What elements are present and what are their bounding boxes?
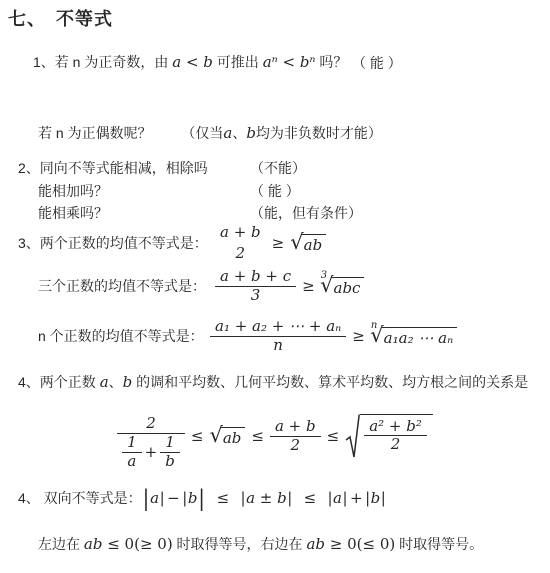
mean-inequality-n-row: n 个正数的均值不等式是： a₁ + a₂ + ⋯ + aₙ n ≥ n √ a… bbox=[38, 311, 457, 361]
fraction-1-over-a: 1 a bbox=[122, 434, 142, 470]
abs-bar: | bbox=[241, 489, 246, 507]
cube-root-abc: 3 √ abc bbox=[321, 275, 365, 297]
big-radical-sign-icon bbox=[345, 413, 360, 460]
mean-inequality-3-label: 三个正数的均值不等式是： bbox=[38, 276, 215, 296]
tall-abs-bar: | bbox=[199, 485, 204, 512]
radicand: ab bbox=[223, 429, 242, 447]
fraction-1-over-b: 1 b bbox=[160, 434, 180, 470]
item2-answer: （不能） bbox=[250, 158, 306, 178]
arithmetic-mean-fraction: a + b 2 bbox=[270, 418, 321, 454]
plus-sign: + bbox=[350, 489, 363, 507]
fraction-numerator: a + b bbox=[270, 418, 321, 436]
fraction-denominator: 1 a + 1 b bbox=[117, 433, 185, 470]
abs-bar: | bbox=[365, 489, 370, 507]
math-condition-left: ≤ 0(≥ 0) bbox=[102, 535, 172, 553]
abs-bar: | bbox=[327, 489, 332, 507]
item1-math-a-lt-b: a < b bbox=[172, 53, 213, 71]
math-ab: ab bbox=[306, 535, 325, 553]
fraction-a-plus-b-over-2: a + b 2 bbox=[215, 224, 266, 262]
item1b-answer-pre: （仅当 bbox=[181, 125, 223, 141]
item1b-answer-post: 均为非负数时才能） bbox=[256, 125, 382, 141]
dunhao: 、 bbox=[109, 374, 123, 390]
fraction-numerator: 1 bbox=[160, 434, 180, 452]
abs-bar: | bbox=[160, 489, 165, 507]
fraction-denominator: 2 bbox=[270, 436, 321, 455]
math-a-pm-b: a ± b bbox=[246, 489, 287, 507]
mean-inequality-n-label: n 个正数的均值不等式是： bbox=[38, 326, 210, 346]
abs-bar: | bbox=[287, 489, 292, 507]
item2-question: 能相加吗？ bbox=[38, 181, 108, 201]
leq-sign: ≤ bbox=[191, 427, 204, 445]
item1b-question: 若 n 为正偶数呢？ bbox=[38, 125, 152, 141]
item1b-math-a: a bbox=[223, 124, 232, 142]
fraction-abc-over-3: a + b + c 3 bbox=[215, 268, 296, 304]
root-mean-square-radical: a² + b² 2 bbox=[345, 413, 433, 460]
document-page: 七、 不等式 1、若 n 为正奇数，由 a < b 可推出 aⁿ < bⁿ 吗？… bbox=[0, 0, 550, 573]
means-relation-sentence: 4、两个正数 a、b 的调和平均数、几何平均数、算术平均数、均方根之间的关系是 bbox=[18, 372, 548, 392]
two-sided-inequality-row: 4、 双向不等式是： |a|−|b| ≤ |a ± b| ≤ |a|+|b| bbox=[18, 488, 386, 508]
math-condition-right: ≥ 0(≤ 0) bbox=[325, 535, 395, 553]
math-a: a bbox=[100, 373, 109, 391]
minus-sign: − bbox=[167, 489, 180, 507]
math-ab: ab bbox=[84, 535, 103, 553]
fraction-a2b2-over-2: a² + b² 2 bbox=[364, 418, 427, 454]
fraction-denominator: b bbox=[160, 452, 180, 471]
math-b: b bbox=[188, 489, 198, 507]
root-index: n bbox=[371, 320, 377, 331]
geq-sign: ≥ bbox=[272, 234, 285, 252]
fraction-numerator: 1 bbox=[122, 434, 142, 452]
tall-abs-bar: | bbox=[143, 485, 148, 512]
fraction-numerator: 2 bbox=[117, 415, 185, 433]
fraction-numerator: a² + b² bbox=[364, 418, 427, 436]
harmonic-mean-fraction: 2 1 a + 1 b bbox=[117, 415, 185, 470]
item2-question: 能相乘吗？ bbox=[38, 203, 108, 223]
radicand: a² + b² 2 bbox=[360, 414, 433, 454]
math-b: b bbox=[371, 489, 381, 507]
equality-condition-note: 左边在 ab ≤ 0(≥ 0) 时取得等号，右边在 ab ≥ 0(≤ 0) 时取… bbox=[38, 534, 483, 554]
fraction-numerator: a + b + c bbox=[215, 268, 296, 286]
fraction-denominator: 2 bbox=[215, 245, 266, 263]
item1-question-pre: 1、若 n 为正奇数，由 bbox=[33, 54, 168, 70]
fraction-denominator: 3 bbox=[215, 286, 296, 305]
math-a: a bbox=[150, 489, 159, 507]
abs-bar: | bbox=[381, 489, 386, 507]
math-b: b bbox=[123, 373, 133, 391]
item1-answer: （ 能 ） bbox=[352, 53, 402, 73]
sentence-post: 的调和平均数、几何平均数、算术平均数、均方根之间的关系是 bbox=[136, 374, 528, 390]
sentence-pre: 4、两个正数 bbox=[18, 374, 96, 390]
fraction-numerator: a₁ + a₂ + ⋯ + aₙ bbox=[210, 318, 346, 336]
note-post: 时取得等号。 bbox=[395, 536, 483, 552]
item1b-line: 若 n 为正偶数呢？ （仅当a、b均为非负数时才能） bbox=[38, 123, 382, 143]
page-title: 七、 不等式 bbox=[8, 5, 113, 31]
fraction-denominator: n bbox=[210, 336, 346, 355]
note-mid: 时取得等号，右边在 bbox=[173, 536, 307, 552]
geq-sign: ≥ bbox=[352, 327, 365, 345]
plus-sign: + bbox=[145, 444, 158, 462]
abs-bar: | bbox=[182, 489, 187, 507]
item2-answer: （ 能 ） bbox=[250, 181, 300, 201]
item1-question-mid: 可推出 bbox=[217, 54, 259, 70]
geq-sign: ≥ bbox=[302, 277, 315, 295]
leq-sign: ≤ bbox=[304, 489, 317, 507]
sqrt-ab: √ ab bbox=[209, 425, 245, 447]
item1-line: 1、若 n 为正奇数，由 a < b 可推出 aⁿ < bⁿ 吗？ bbox=[33, 52, 347, 72]
abs-value-inequality: |a|−|b| ≤ |a ± b| ≤ |a|+|b| bbox=[142, 489, 387, 507]
radicand: ab bbox=[304, 236, 323, 254]
nth-root-product: n √ a₁a₂ ⋯ aₙ bbox=[371, 325, 457, 347]
item2-question: 2、同向不等式能相减，相除吗 bbox=[18, 158, 208, 178]
mean-inequality-3-row: 三个正数的均值不等式是： a + b + c 3 ≥ 3 √ abc bbox=[38, 263, 364, 309]
item2-answer: （能，但有条件） bbox=[250, 203, 362, 223]
item1b-dunhao: 、 bbox=[232, 125, 246, 141]
root-index: 3 bbox=[321, 270, 327, 281]
item1-question-post: 吗？ bbox=[319, 54, 347, 70]
fraction-numerator: a + b bbox=[215, 224, 266, 242]
two-sided-inequality-label: 4、 双向不等式是： bbox=[18, 488, 142, 508]
fraction-denominator: 2 bbox=[364, 435, 427, 454]
item1b-math-b: b bbox=[246, 124, 256, 142]
math-a: a bbox=[333, 489, 342, 507]
note-pre: 左边在 bbox=[38, 536, 84, 552]
fraction-denominator: a bbox=[122, 452, 142, 471]
fraction-a1-an-over-n: a₁ + a₂ + ⋯ + aₙ n bbox=[210, 318, 346, 354]
means-chain-formula: 2 1 a + 1 b ≤ √ ab ≤ a + b 2 ≤ bbox=[0, 397, 550, 475]
item1-math-an-lt-bn: aⁿ < bⁿ bbox=[263, 53, 316, 71]
abs-bar: | bbox=[342, 489, 347, 507]
radicand: a₁a₂ ⋯ aₙ bbox=[384, 329, 453, 347]
radicand: abc bbox=[334, 279, 361, 297]
leq-sign: ≤ bbox=[327, 427, 340, 445]
mean-inequality-2-row: 3、两个正数的均值不等式是： a + b 2 ≥ √ ab bbox=[18, 222, 326, 264]
leq-sign: ≤ bbox=[251, 427, 264, 445]
mean-inequality-2-label: 3、两个正数的均值不等式是： bbox=[18, 233, 215, 253]
leq-sign: ≤ bbox=[217, 489, 230, 507]
sqrt-ab: √ ab bbox=[290, 232, 326, 254]
